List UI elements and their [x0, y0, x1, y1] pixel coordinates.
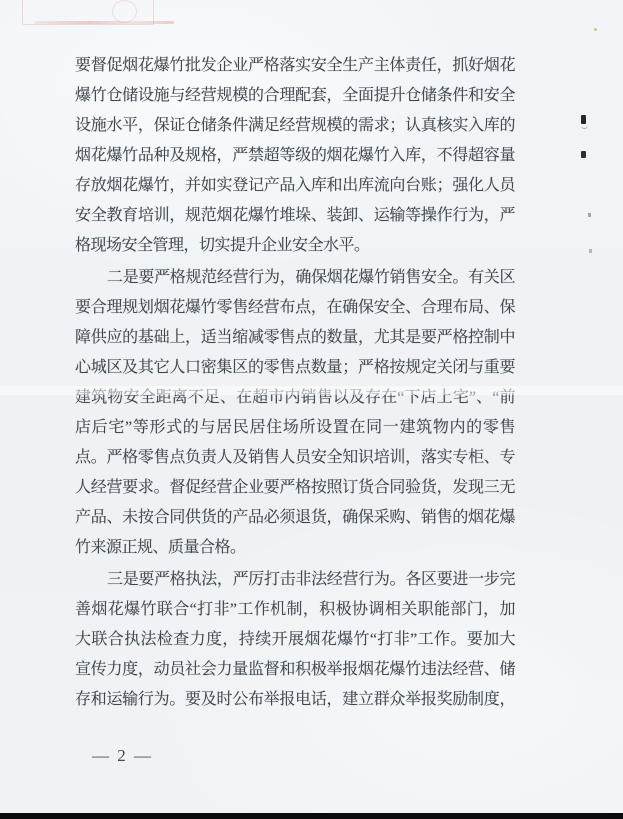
paragraph: 二是要严格规范经营行为，确保烟花爆竹销售安全。有关区要合理规划烟花爆竹零售经营布… [75, 263, 515, 563]
text-line: 大联合执法检查力度，持续开展烟花爆竹“打非”工作。要加大 [75, 625, 515, 655]
text-line: 人经营要求。督促经营企业要严格按照订货合同验货，发现三无 [75, 473, 515, 503]
text-line: 存放烟花爆竹，并如实登记产品入库和出库流向台账；强化人员 [75, 171, 515, 201]
text-line: 格现场安全管理，切实提升企业安全水平。 [75, 231, 515, 261]
text-line: 二是要严格规范经营行为，确保烟花爆竹销售安全。有关区 [75, 263, 515, 293]
document-body: 要督促烟花爆竹批发企业严格落实安全生产主体责任，抓好烟花爆竹仓储设施与经营规模的… [75, 51, 515, 715]
scan-edge-bar [0, 813, 623, 819]
scan-speck [588, 213, 591, 217]
text-line: 心城区及其它人口密集区的零售点数量；严格按规定关闭与重要 [75, 353, 515, 383]
text-line: 要合理规划烟花爆竹零售经营布点，在确保安全、合理布局、保 [75, 293, 515, 323]
scan-speck [581, 125, 588, 129]
text-line: 存和运输行为。要及时公布举报电话，建立群众举报奖励制度， [75, 685, 515, 715]
text-line: 竹来源正规、质量合格。 [75, 533, 515, 563]
paragraph: 要督促烟花爆竹批发企业严格落实安全生产主体责任，抓好烟花爆竹仓储设施与经营规模的… [75, 51, 515, 261]
text-line: 产品、未按合同供货的产品必须退货，确保采购、销售的烟花爆 [75, 503, 515, 533]
text-line: 烟花爆竹品种及规格，严禁超等级的烟花爆竹入库，不得超容量 [75, 141, 515, 171]
text-line: 安全教育培训，规范烟花爆竹堆垛、装卸、运输等操作行为，严 [75, 201, 515, 231]
text-line: 障供应的基础上，适当缩减零售点的数量，尤其是要严格控制中 [75, 323, 515, 353]
scan-speck [581, 151, 586, 158]
text-line: 爆竹仓储设施与经营规模的合理配套，全面提升仓储条件和安全 [75, 81, 515, 111]
text-line: 宣传力度，动员社会力量监督和积极举报烟花爆竹违法经营、储 [75, 655, 515, 685]
text-line: 要督促烟花爆竹批发企业严格落实安全生产主体责任，抓好烟花 [75, 51, 515, 81]
text-line: 店后宅”等形式的与居民居住场所设置在同一建筑物内的零售 [75, 413, 515, 443]
stamp-bleedthrough-smudge [34, 21, 174, 24]
page-number: — 2 — [92, 746, 153, 766]
text-line: 点。严格零售点负责人及销售人员安全知识培训，落实专柜、专 [75, 443, 515, 473]
text-line: 设施水平，保证仓储条件满足经营规模的需求；认真核实入库的 [75, 111, 515, 141]
scan-light-band [0, 386, 623, 395]
scan-speck [589, 249, 592, 253]
scan-speck [581, 115, 586, 124]
text-line: 三是要严格执法，严厉打击非法经营行为。各区要进一步完 [75, 565, 515, 595]
paragraph: 三是要严格执法，严厉打击非法经营行为。各区要进一步完善烟花爆竹联合“打非”工作机… [75, 565, 515, 715]
scanned-page-sheet: 要督促烟花爆竹批发企业严格落实安全生产主体责任，抓好烟花爆竹仓储设施与经营规模的… [0, 0, 623, 819]
text-line: 善烟花爆竹联合“打非”工作机制，积极协调相关职能部门，加 [75, 595, 515, 625]
seal-bleedthrough-circle [112, 0, 137, 23]
scan-speck [594, 28, 597, 31]
